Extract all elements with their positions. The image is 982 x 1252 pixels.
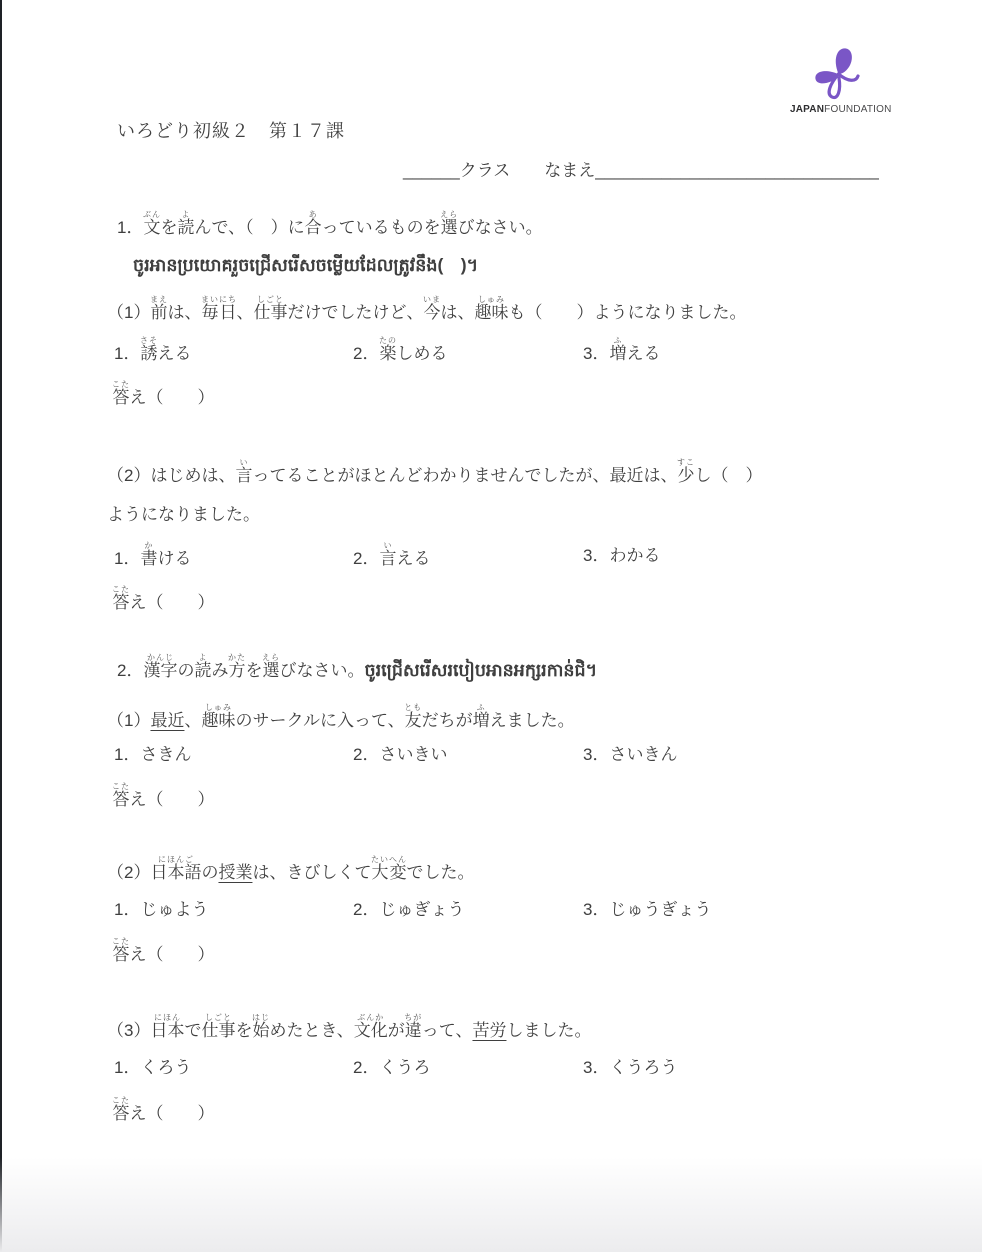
answer-line-2-1: 答こたえ（ ）: [112, 782, 215, 815]
answer-line-2-2: 答こたえ（ ）: [112, 937, 215, 970]
logo-brand-rest: FOUNDATION: [824, 104, 891, 115]
option-2-2-2: 2．じゅぎょう: [353, 895, 464, 925]
option-2-1-1: 1．さきん: [114, 740, 191, 770]
question-1-1: （1）前まえは、毎日まいにち、仕事しごとだけでしたけど、今いまは、趣味しゅみも（…: [107, 295, 746, 328]
option-1-1-1: 1．誘さそえる: [114, 336, 191, 369]
logo-brand-bold: JAPAN: [790, 104, 824, 115]
option-2-1-2: 2．さいきい: [353, 740, 447, 770]
question-1-2-line2: ようになりました。: [107, 500, 260, 530]
option-2-3-1: 1．くろう: [114, 1053, 191, 1083]
option-2-2-3: 3．じゅうぎょう: [583, 895, 711, 925]
logo-wordmark: JAPANFOUNDATION: [790, 104, 886, 115]
option-2-1-3: 3．さいきん: [583, 740, 677, 770]
option-1-2-2: 2．言いえる: [353, 541, 430, 574]
question-2-2: （2）日本語にほんごの授業は、きびしくて大変たいへんでした。: [107, 855, 474, 888]
question-2-1: （1）最近、趣味しゅみのサークルに入って、友ともだちが増ふえました。: [107, 703, 575, 736]
option-1-1-3: 3．増ふえる: [583, 336, 660, 369]
japan-foundation-logo: JAPANFOUNDATION: [790, 44, 886, 122]
answer-line-1-2: 答こたえ（ ）: [112, 585, 215, 618]
page-title: いろどり初級２ 第１７課: [117, 116, 345, 146]
option-2-3-3: 3．くうろう: [583, 1053, 677, 1083]
option-1-2-1: 1．書かける: [114, 541, 191, 574]
question-1-2-line1: （2）はじめは、言いってることがほとんどわかりませんでしたが、最近は、少すこし（…: [107, 458, 762, 491]
section-2-heading: 2．漢字かんじの読よみ方かたを選えらびなさい。ចូរជ្រើសរើសរបៀបអា…: [117, 653, 597, 686]
option-1-2-3: 3．わかる: [583, 541, 660, 571]
option-2-3-2: 2．くうろ: [353, 1053, 430, 1083]
section-1-heading: 1．文ぶんを読よんで、（ ）に合あっているものを選えらびなさい。: [117, 210, 543, 243]
answer-line-2-3: 答こたえ（ ）: [112, 1096, 215, 1129]
class-name-line: ______クラス なまえ___________________________…: [403, 156, 879, 186]
question-2-3: （3）日本にほんで仕事しごとを始はじめたとき、文化ぶんかが違ちがって、苦労しまし…: [107, 1013, 591, 1046]
section-1-khmer-instruction: ចូរអានប្រយោគរួចជ្រើសរើសចម្លើយដែលត្រូវនឹង…: [133, 250, 478, 280]
page-left-edge: [0, 0, 2, 1252]
option-1-1-2: 2．楽たのしめる: [353, 336, 447, 369]
answer-line-1-1: 答こたえ（ ）: [112, 380, 215, 413]
option-2-2-1: 1．じゅよう: [114, 895, 208, 925]
japan-foundation-butterfly-icon: [812, 44, 864, 102]
worksheet-page: JAPANFOUNDATION いろどり初級２ 第１７課 ______クラス な…: [0, 0, 982, 1252]
page-bottom-shadow: [0, 1157, 982, 1252]
